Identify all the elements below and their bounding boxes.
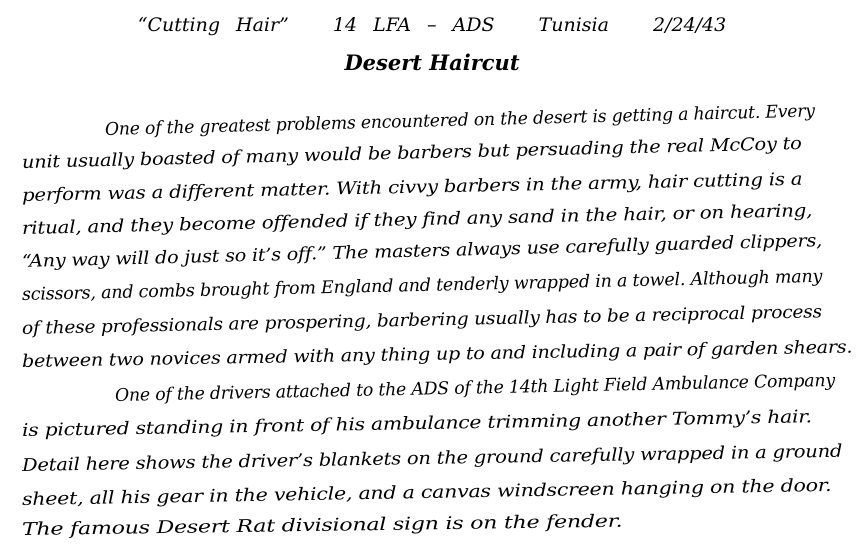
body-line: sheet, all his gear in the vehicle, and … [22, 476, 832, 510]
document-subtitle: Desert Haircut [0, 50, 864, 75]
body-line: of these professionals are prospering, b… [22, 302, 822, 339]
body-line: One of the drivers attached to the ADS o… [115, 371, 835, 406]
body-line: scissors, and combs brought from England… [22, 267, 823, 305]
body-line: is pictured standing in front of his amb… [22, 407, 812, 441]
body-line: “Any way will do just so it’s off.” The … [22, 231, 822, 272]
document-header: “Cutting Hair” 14 LFA – ADS Tunisia 2/24… [0, 14, 864, 36]
header-location: Tunisia [539, 14, 609, 36]
header-date: 2/24/43 [653, 14, 726, 36]
header-unit: 14 LFA – ADS [333, 14, 495, 36]
body-line: between two novices armed with any thing… [22, 338, 853, 372]
header-title: “Cutting Hair” [138, 14, 289, 36]
body-line: One of the greatest problems encountered… [105, 101, 815, 140]
body-line: Detail here shows the driver’s blankets … [22, 442, 843, 476]
body-line: unit usually boasted of many would be ba… [22, 134, 802, 173]
body-line: The famous Desert Rat divisional sign is… [22, 512, 623, 540]
body-line: perform was a different matter. With civ… [22, 170, 803, 206]
body-line: ritual, and they become offended if they… [22, 201, 813, 239]
